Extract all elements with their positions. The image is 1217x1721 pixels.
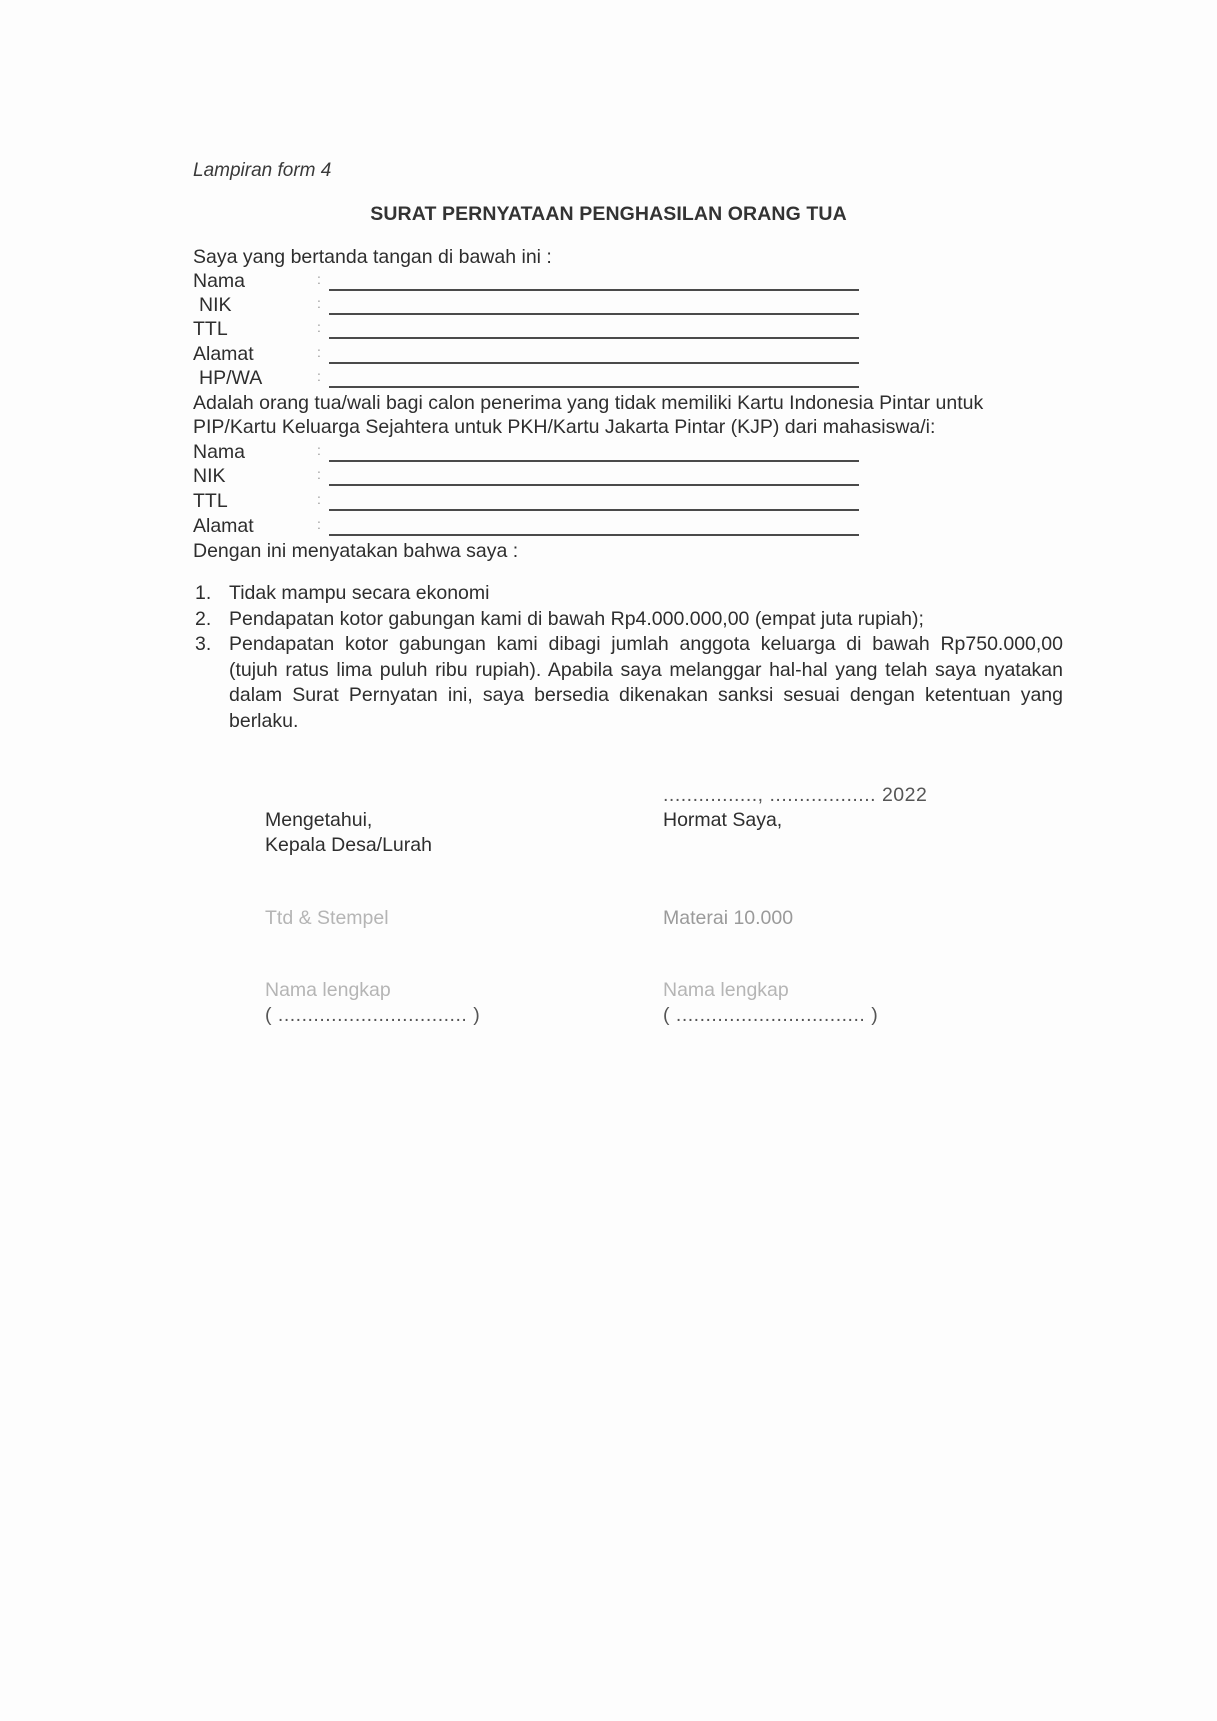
- name-field-right[interactable]: ( ................................ ): [663, 1003, 878, 1028]
- field-colon: :: [317, 293, 321, 313]
- field-colon: :: [317, 514, 321, 534]
- list-number: 3.: [195, 632, 211, 658]
- village-head-label: Kepala Desa/Lurah: [265, 833, 432, 858]
- fill-line[interactable]: [329, 484, 859, 486]
- field-colon: :: [317, 464, 321, 484]
- list-text: Pendapatan kotor gabungan kami di bawah …: [229, 608, 924, 630]
- document-page: Lampiran form 4 SURAT PERNYATAAN PENGHAS…: [0, 0, 1217, 1721]
- student-field-nik[interactable]: NIK :: [193, 464, 873, 488]
- list-item: 3. Pendapatan kotor gabungan kami dibagi…: [193, 632, 1063, 734]
- field-colon: :: [317, 317, 321, 337]
- field-colon: :: [317, 342, 321, 362]
- parent-field-ttl[interactable]: TTL :: [193, 317, 873, 341]
- list-text: Tidak mampu secara ekonomi: [229, 582, 489, 604]
- field-label: HP/WA: [199, 366, 262, 390]
- document-title: SURAT PERNYATAAN PENGHASILAN ORANG TUA: [0, 203, 1217, 226]
- intro-text: Saya yang bertanda tangan di bawah ini :: [193, 245, 552, 269]
- fill-line[interactable]: [329, 337, 859, 339]
- fill-line[interactable]: [329, 509, 859, 511]
- stamp-duty-hint: Materai 10.000: [663, 906, 793, 931]
- statement-line-1: Adalah orang tua/wali bagi calon penerim…: [193, 391, 983, 415]
- declaration-intro: Dengan ini menyatakan bahwa saya :: [193, 539, 518, 563]
- date-line[interactable]: ................, .................. 202…: [663, 783, 927, 807]
- field-label: TTL: [193, 489, 228, 513]
- field-label: NIK: [199, 293, 232, 317]
- field-colon: :: [317, 440, 321, 460]
- list-number: 2.: [195, 607, 211, 633]
- list-text: Pendapatan kotor gabungan kami dibagi ju…: [229, 633, 1063, 732]
- full-name-hint-left: Nama lengkap: [265, 978, 391, 1003]
- field-label: Nama: [193, 269, 245, 293]
- field-label: Alamat: [193, 342, 254, 366]
- list-item: 2. Pendapatan kotor gabungan kami di baw…: [193, 607, 1063, 633]
- student-field-alamat[interactable]: Alamat :: [193, 514, 873, 538]
- name-field-left[interactable]: ( ................................ ): [265, 1003, 480, 1028]
- field-colon: :: [317, 269, 321, 289]
- parent-field-alamat[interactable]: Alamat :: [193, 342, 873, 366]
- list-item: 1. Tidak mampu secara ekonomi: [193, 581, 1063, 607]
- field-colon: :: [317, 489, 321, 509]
- fill-line[interactable]: [329, 386, 859, 388]
- full-name-hint-right: Nama lengkap: [663, 978, 789, 1003]
- field-colon: :: [317, 366, 321, 386]
- student-field-nama[interactable]: Nama :: [193, 440, 873, 464]
- field-label: NIK: [193, 464, 226, 488]
- sign-stamp-hint: Ttd & Stempel: [265, 906, 389, 931]
- parent-field-hpwa[interactable]: HP/WA :: [193, 366, 873, 390]
- field-label: Alamat: [193, 514, 254, 538]
- fill-line[interactable]: [329, 362, 859, 364]
- declaration-list: 1. Tidak mampu secara ekonomi 2. Pendapa…: [193, 581, 1063, 734]
- fill-line[interactable]: [329, 460, 859, 462]
- field-label: TTL: [193, 317, 228, 341]
- attachment-label: Lampiran form 4: [193, 160, 331, 182]
- field-label: Nama: [193, 440, 245, 464]
- fill-line[interactable]: [329, 289, 859, 291]
- fill-line[interactable]: [329, 534, 859, 536]
- fill-line[interactable]: [329, 313, 859, 315]
- statement-line-2: PIP/Kartu Keluarga Sejahtera untuk PKH/K…: [193, 415, 935, 439]
- parent-field-nama[interactable]: Nama :: [193, 269, 873, 293]
- regards-label: Hormat Saya,: [663, 808, 782, 833]
- acknowledge-label: Mengetahui,: [265, 808, 372, 833]
- list-number: 1.: [195, 581, 211, 607]
- student-field-ttl[interactable]: TTL :: [193, 489, 873, 513]
- parent-field-nik[interactable]: NIK :: [193, 293, 873, 317]
